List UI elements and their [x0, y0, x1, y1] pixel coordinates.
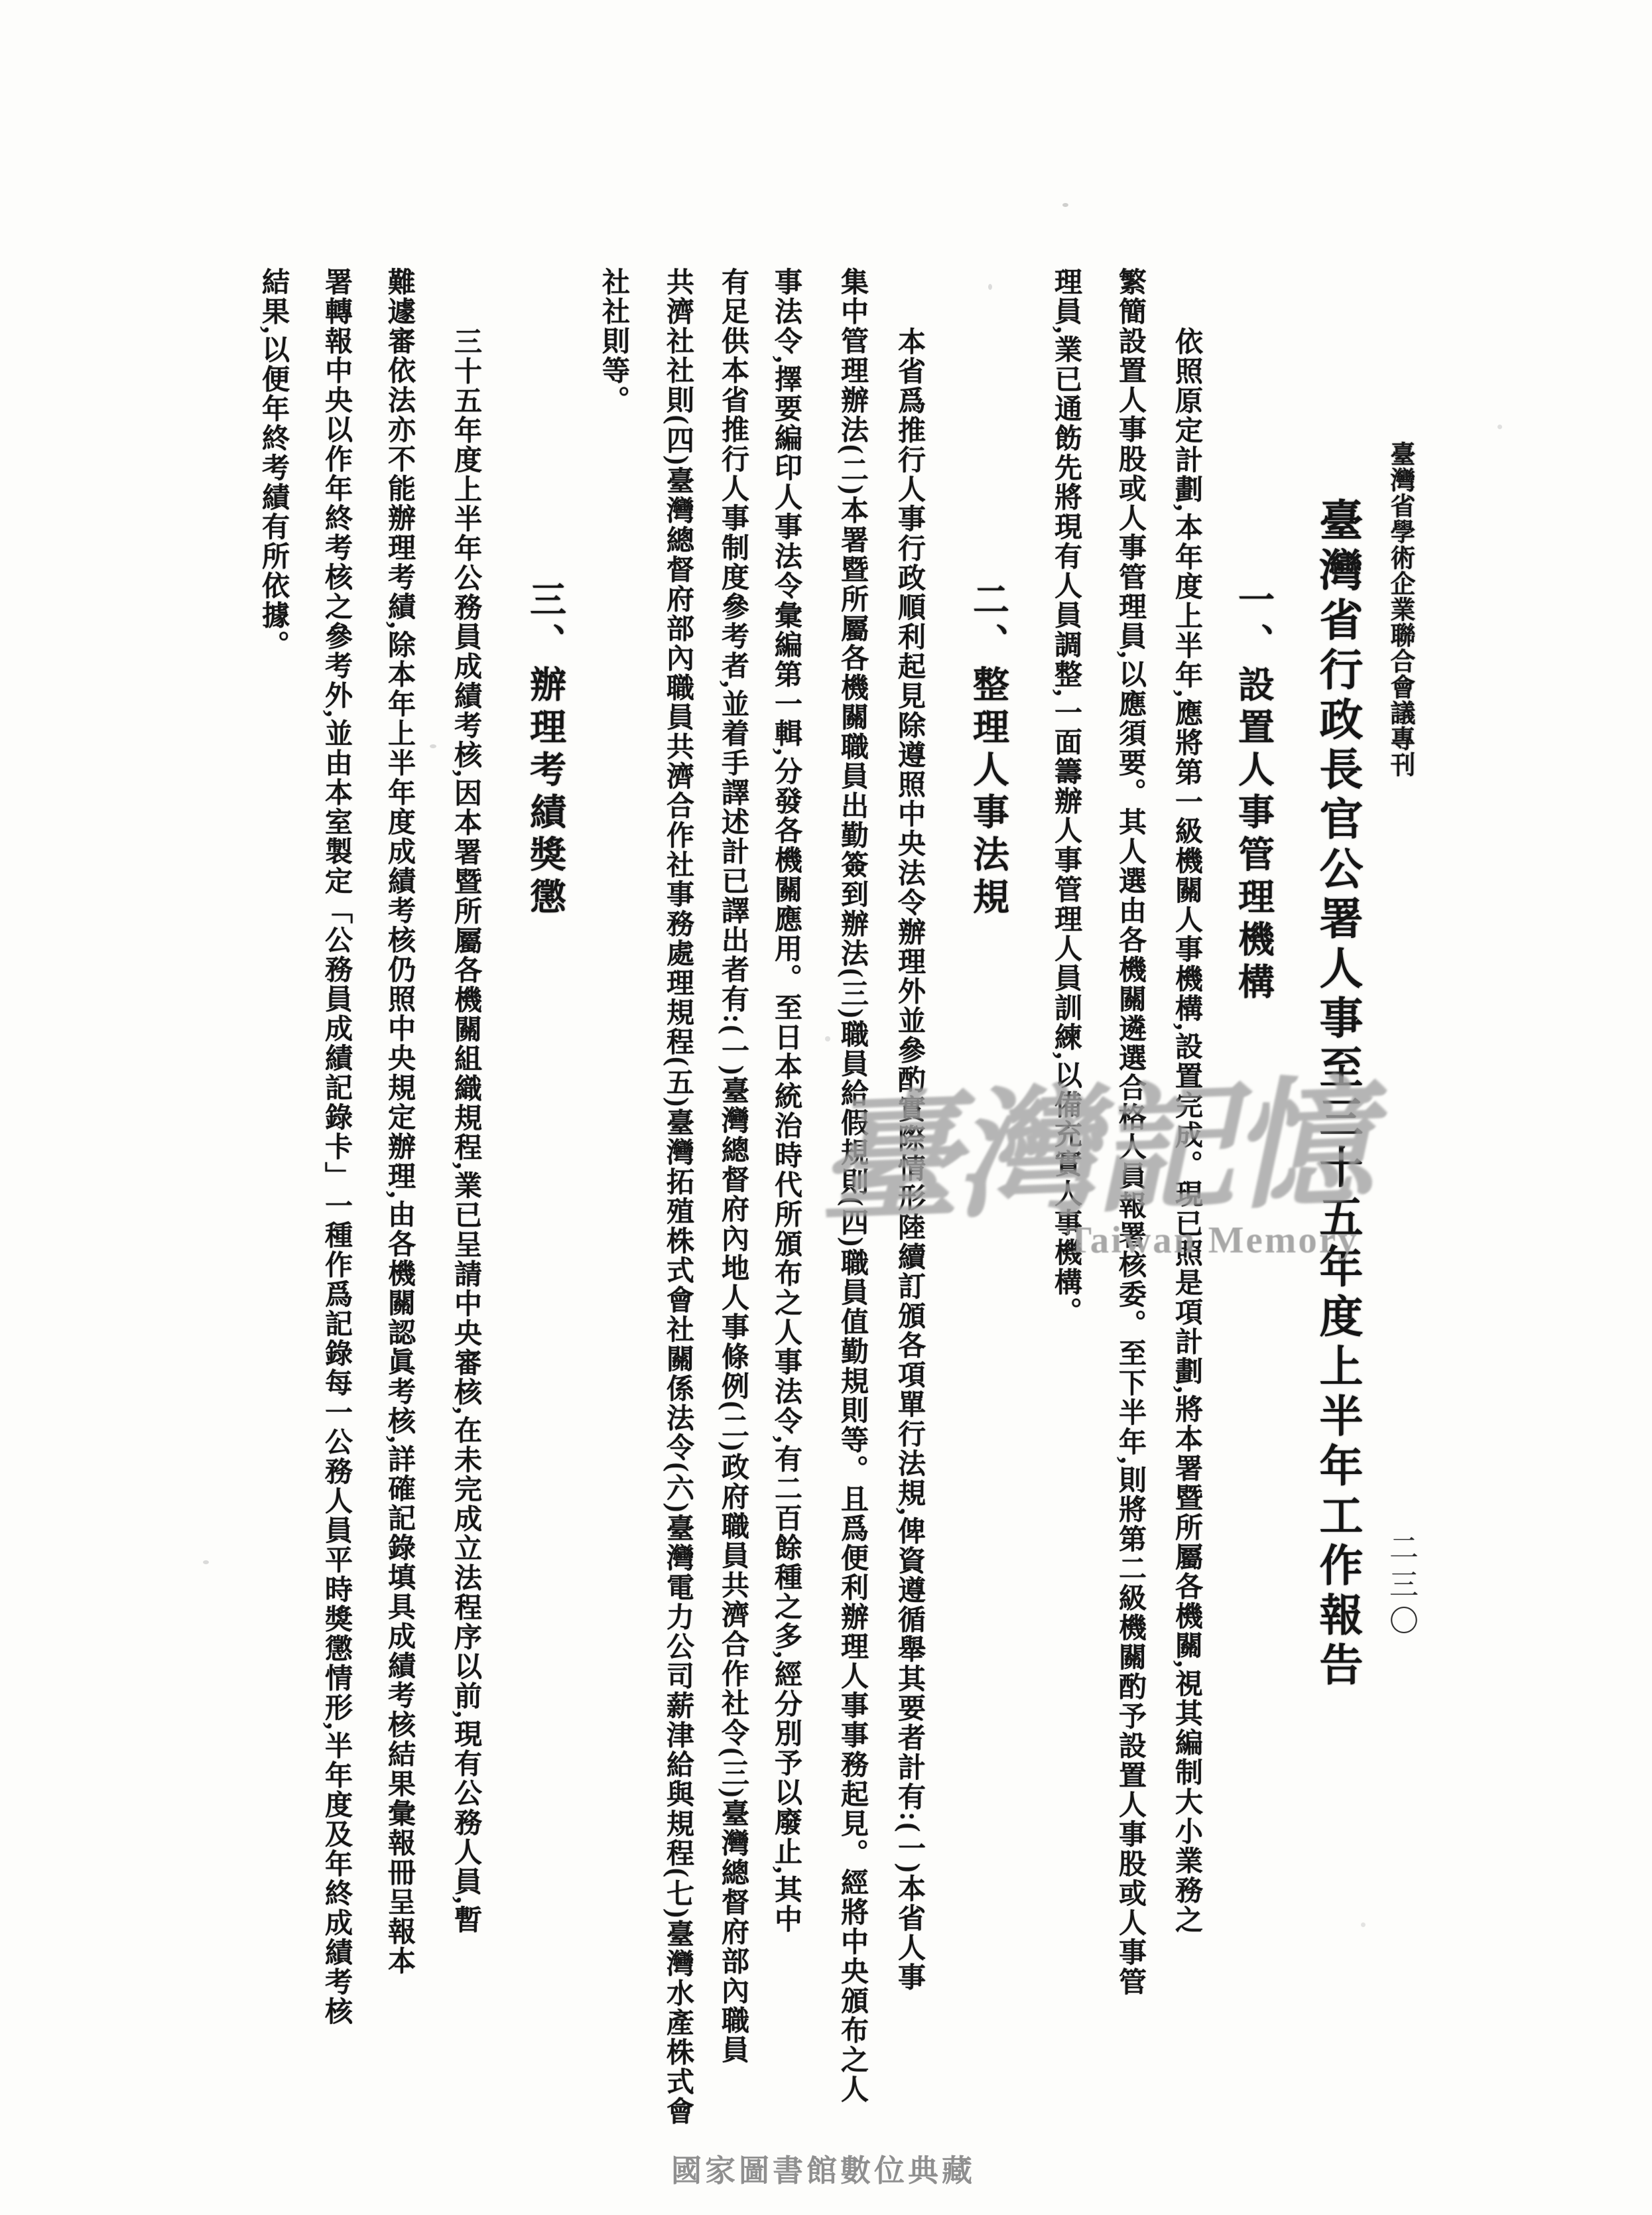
- scan-speck: [1062, 203, 1068, 207]
- scan-speck: [825, 1036, 830, 1041]
- section-2-heading: 二、整理人事法規: [962, 580, 1014, 920]
- section-3-column-2: 難遽審依法亦不能辦理考績,除本年上半年度成績考核仍照中央規定辦理,由各機關認眞考…: [379, 267, 419, 1976]
- section-1-column-3: 理員,業已通飭先將現有人員調整,一面籌辦人事管理人員訓練,以備充實人事機構。: [1046, 267, 1086, 1327]
- scan-speck: [203, 1560, 209, 1564]
- scan-speck: [988, 284, 992, 290]
- section-2-column-1: 本省爲推行人事行政順利起見除遵照中央法令辦理外並參酌實際情形陸續訂頒各項單行法規…: [889, 327, 929, 1992]
- section-1-heading: 一、設置人事管理機構: [1227, 580, 1279, 1005]
- section-2-column-2: 集中管理辦法(二)本署暨所屬各機關職員出勤簽到辦法(三)職員給假規則(四)職員值…: [832, 267, 872, 2104]
- section-2-column-4: 有足供本省推行人事制度參考者,並着手譯述計已譯出者有:(一)臺灣總督府內地人事條…: [713, 267, 753, 2064]
- section-1-column-2: 繁簡設置人事股或人事管理員,以應須要。其人選由各機關遴選合格人員報署核委。至下半…: [1110, 267, 1150, 1997]
- section-1-column-1: 依照原定計劃,本年度上半年,應將第一級機關人事機構,設置完成。現已照是項計劃,將…: [1167, 327, 1206, 1935]
- scanned-document-page: 臺灣省學術企業聯合會議專刊 二三〇 臺灣省行政長官公署人事至三十五年度上半年工作…: [0, 0, 1652, 2215]
- library-caption: 國家圖書館數位典藏: [671, 2147, 976, 2190]
- section-2-column-5: 共濟社社則(四)臺灣總督府部內職員共濟合作社事務處理規程(五)臺灣拓殖株式會社關…: [658, 267, 698, 2126]
- page-number: 二三〇: [1379, 1532, 1422, 1642]
- section-3-column-3: 署轉報中央以作年終考核之參考外,並由本室製定「公務員成績記錄卡」一種作爲記錄每一…: [316, 267, 356, 2027]
- section-2-column-3: 事法令,擇要編印人事法令彙編第一輯,分發各機關應用。至日本統治時代所頒布之人事法…: [766, 267, 806, 1934]
- section-3-heading: 三、辦理考績獎懲: [519, 580, 571, 920]
- scan-speck: [1361, 1922, 1366, 1927]
- scan-speck: [1497, 425, 1502, 429]
- document-title: 臺灣省行政長官公署人事至三十五年度上半年工作報告: [1305, 498, 1368, 1692]
- section-3-column-1: 三十五年度上半年公務員成績考核,因本署暨所屬各機關組織規程,業已呈請中央審核,在…: [446, 327, 485, 1935]
- journal-header: 臺灣省學術企業聯合會議專刊: [1382, 441, 1419, 777]
- section-3-column-4: 結果,以便年終考績有所依據。: [253, 267, 293, 660]
- section-2-column-6: 社社則等。: [594, 267, 633, 415]
- scan-speck: [430, 744, 436, 748]
